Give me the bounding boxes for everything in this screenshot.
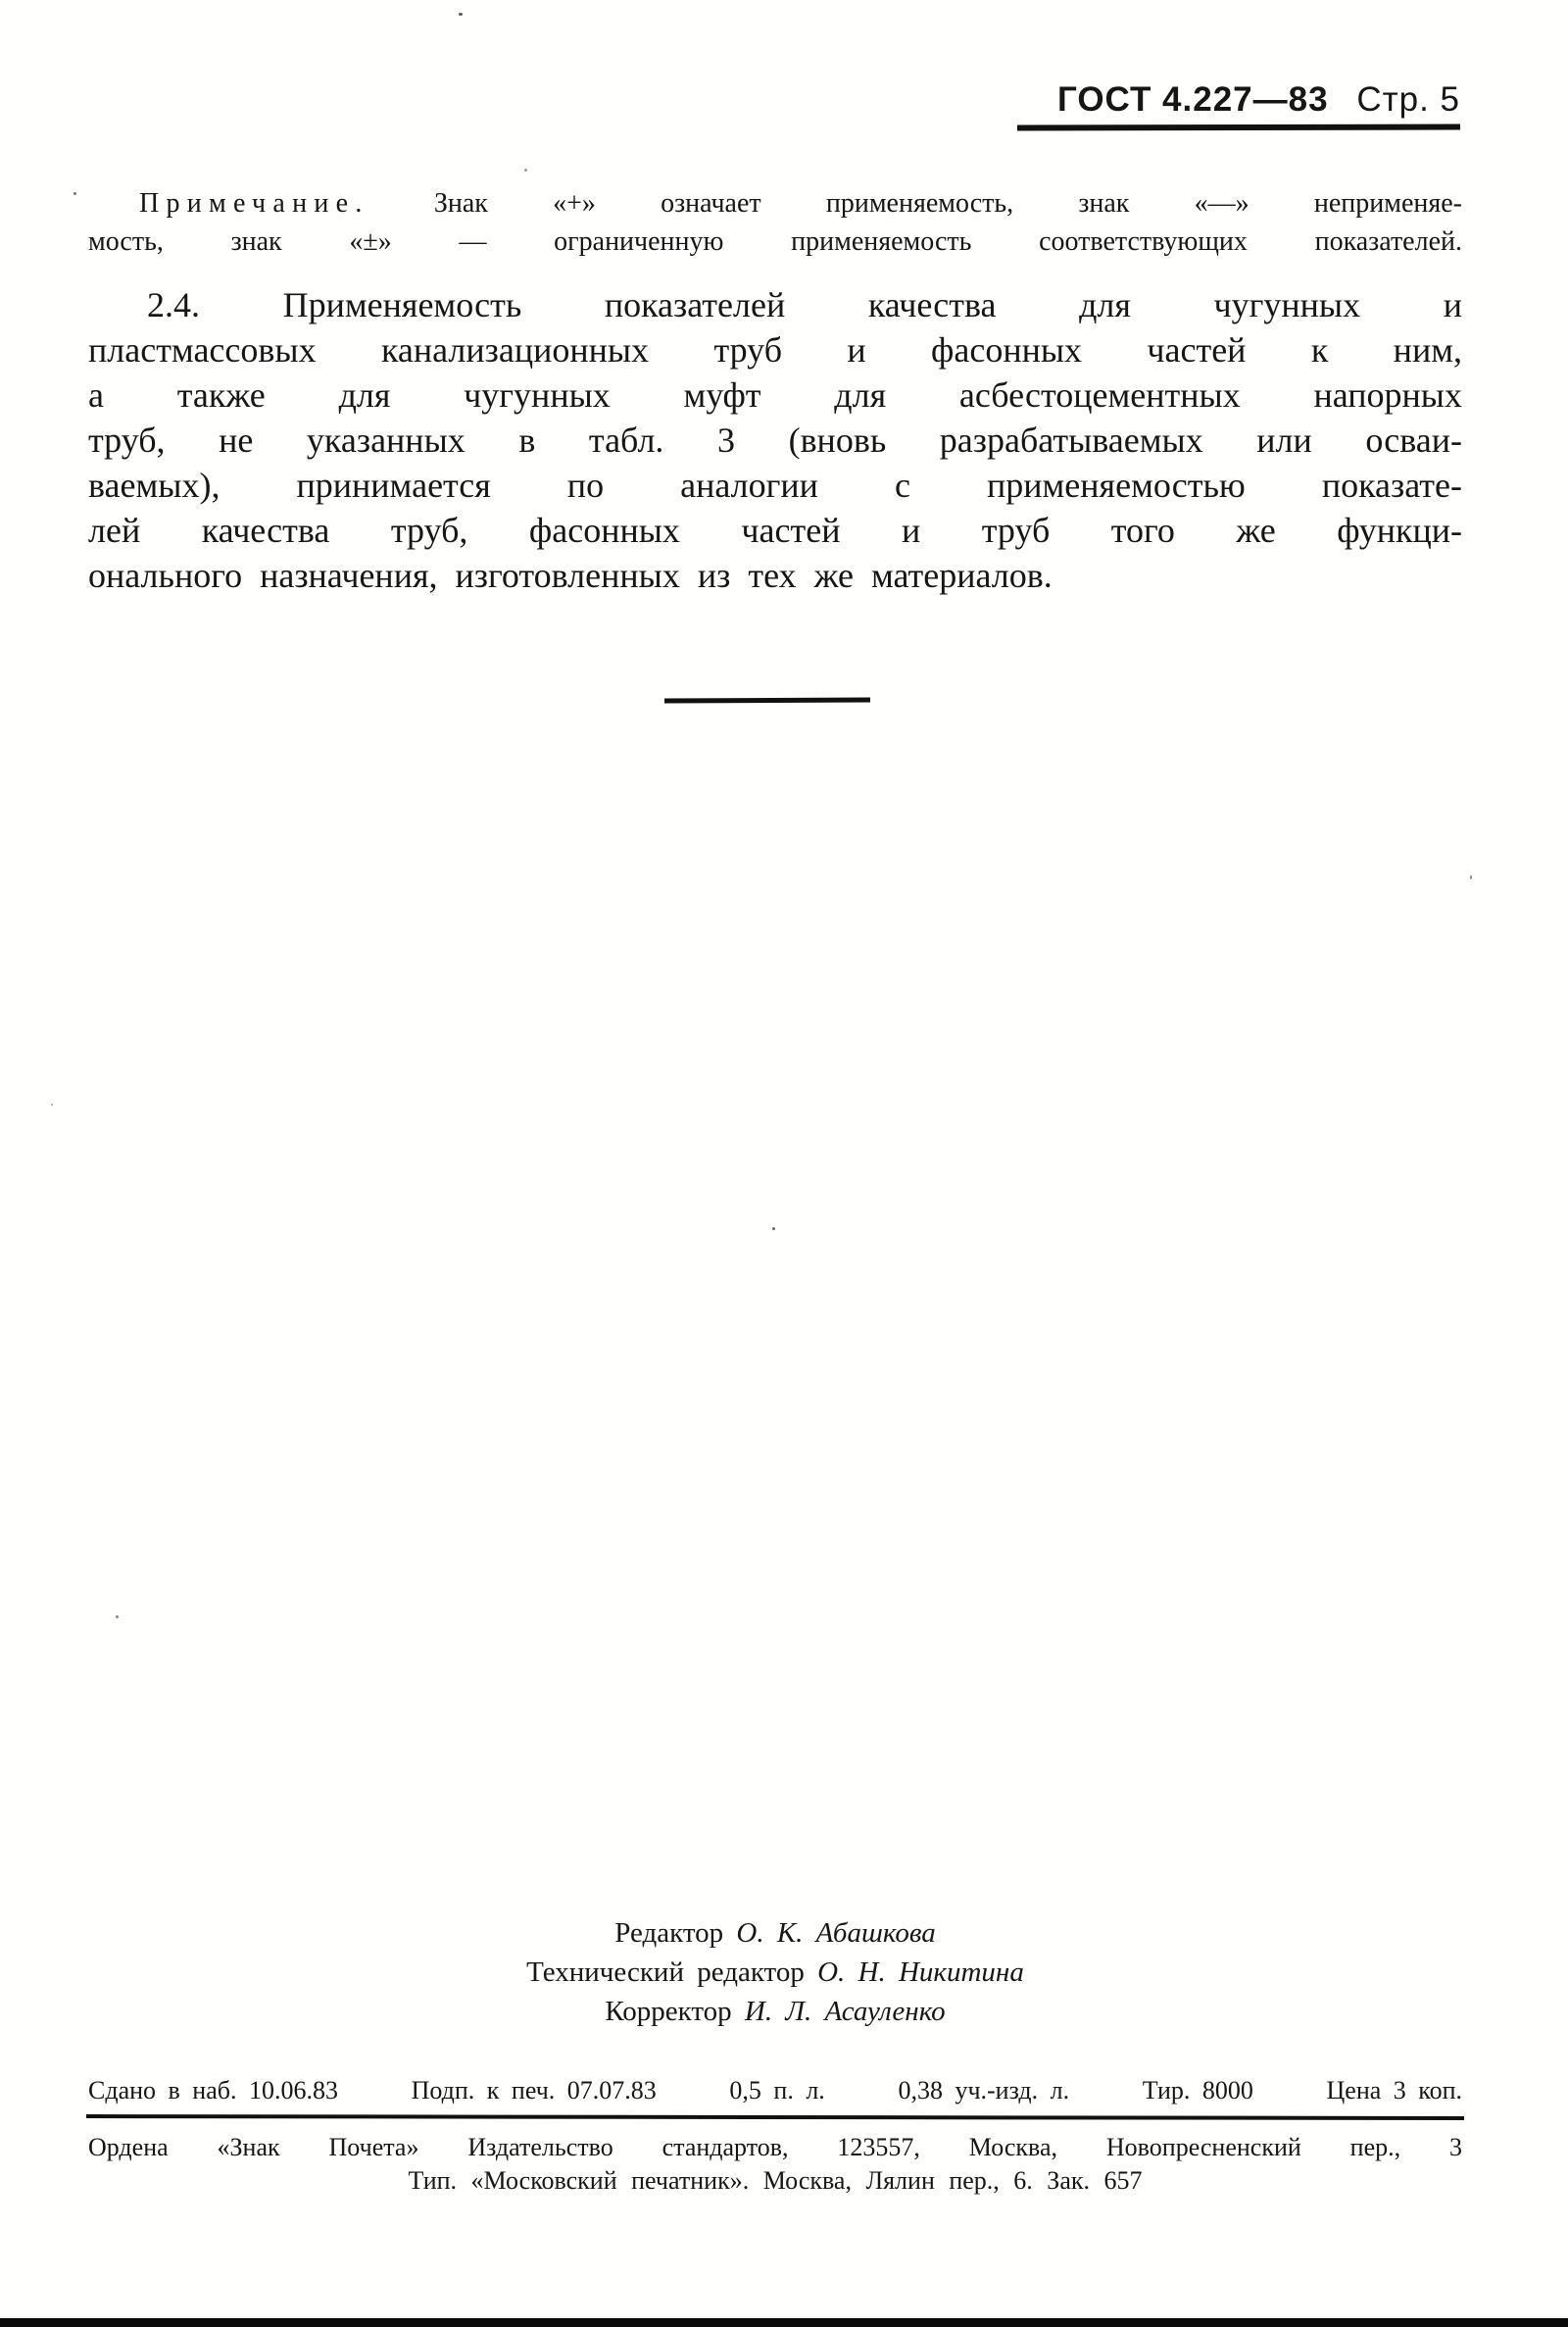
imprint-segment: 0,38 уч.-изд. л.: [898, 2076, 1069, 2105]
editor-role: Редактор: [614, 1917, 723, 1949]
editor-line: Технический редактор О. Н. Никитина: [88, 1953, 1462, 1992]
paragraph-line: 2.4. Применяемость показателей качества …: [88, 282, 1462, 327]
imprint-segment: Подп. к печ. 07.07.83: [412, 2076, 657, 2105]
note-line-2: мость, знак «±» — ограниченную применяем…: [88, 223, 1462, 261]
scan-speck: [116, 1615, 119, 1618]
paragraph-line: ваемых), принимается по аналогии с приме…: [88, 463, 1462, 508]
standard-number: ГОСТ 4.227—83: [1057, 80, 1329, 119]
section-end-divider: [664, 698, 870, 704]
paragraph-line: труб, не указанных в табл. 3 (вновь разр…: [88, 418, 1462, 463]
imprint-segment: Цена 3 коп.: [1327, 2076, 1463, 2105]
scan-speck: [73, 192, 76, 195]
scan-speck: [51, 1104, 53, 1106]
scan-speck: [524, 169, 527, 172]
scan-speck: [1470, 875, 1472, 879]
note-line-1: Примечание. Знак «+» означает применяемо…: [88, 184, 1462, 223]
paragraph-line: пластмассовых канализационных труб и фас…: [88, 327, 1462, 372]
scan-edge-strip: [0, 2318, 1568, 2327]
paragraph-line: а также для чугунных муфт для асбестоцем…: [88, 372, 1462, 418]
editor-name: О. Н. Никитина: [817, 1956, 1024, 1988]
imprint-segment: Тир. 8000: [1143, 2076, 1253, 2105]
editors-block: Редактор О. К. Абашкова Технический реда…: [88, 1913, 1462, 2031]
paragraph-line: онального назначения, изготовленных из т…: [88, 553, 1462, 598]
imprint-segment: Сдано в наб. 10.06.83: [88, 2076, 338, 2105]
page-header: ГОСТ 4.227—83 Стр. 5: [0, 80, 1460, 120]
imprint-segment: 0,5 п. л.: [729, 2076, 824, 2105]
page-number-label: Стр. 5: [1356, 80, 1460, 119]
section-2-4-paragraph: 2.4. Применяемость показателей качества …: [88, 282, 1462, 598]
printer-line: Тип. «Московский печатник». Москва, Ляли…: [88, 2166, 1462, 2196]
editor-line: Редактор О. К. Абашкова: [88, 1913, 1462, 1953]
note-paragraph: Примечание. Знак «+» означает применяемо…: [88, 184, 1462, 261]
header-rule: [1017, 124, 1460, 131]
editor-name: И. Л. Асауленко: [745, 1996, 946, 2027]
scan-speck: [459, 13, 463, 16]
editor-name: О. К. Абашкова: [736, 1917, 935, 1949]
editor-line: Корректор И. Л. Асауленко: [88, 1992, 1462, 2031]
imprint-data-line: Сдано в наб. 10.06.83 Подп. к печ. 07.07…: [88, 2076, 1462, 2105]
imprint-rule: [86, 2114, 1464, 2120]
scan-speck: [772, 1227, 775, 1230]
editor-role: Технический редактор: [526, 1956, 805, 1988]
publisher-line: Ордена «Знак Почета» Издательство станда…: [88, 2133, 1462, 2162]
document-page: ГОСТ 4.227—83 Стр. 5 Примечание. Знак «+…: [0, 0, 1568, 2327]
note-label: Примечание.: [139, 188, 369, 219]
note-line-1-text: Знак «+» означает применяемость, знак «—…: [369, 188, 1462, 219]
editor-role: Корректор: [605, 1996, 731, 2027]
paragraph-line: лей качества труб, фасонных частей и тру…: [88, 508, 1462, 553]
